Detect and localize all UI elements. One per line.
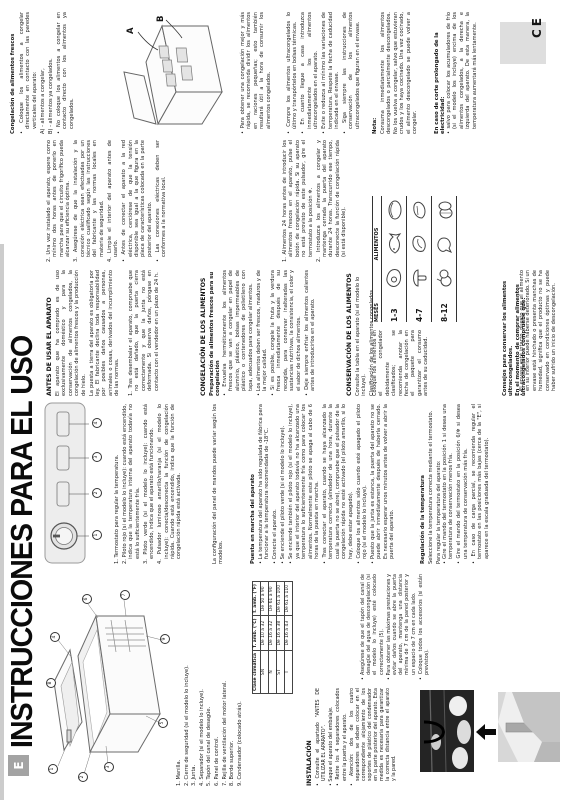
bullet-line: • Retire los 4 separadores colocados ent… xyxy=(336,688,348,786)
panel-legend-item: 3. Piloto verde (si el modelo lo incluye… xyxy=(143,404,156,564)
bullet-line: • Saque el aparato del embalaje. xyxy=(329,688,335,786)
bullet-line: • Consulte el apartado "ANTES DE UTILIZA… xyxy=(316,688,328,786)
page-title: INSTRUCCIONES PARA EL USO xyxy=(4,336,40,748)
frescos-after-diagram: • Para obtener una congelación mejor y m… xyxy=(240,12,274,134)
label-a: A xyxy=(126,27,136,34)
bullet-line: • Se enciende también el piloto rojo (si… xyxy=(288,404,320,564)
bullet-line: • Si es posible, congele la fruta y la v… xyxy=(270,270,302,396)
bullet-line: • No coloque los alimentos a congelar en… xyxy=(56,12,75,134)
months-table-row: 8-12 xyxy=(431,196,456,322)
bullet-line: A) - alimentos a congelar, xyxy=(40,12,46,134)
panel-legend-item: 1. Termostato para regular la temperatur… xyxy=(114,404,120,564)
numbered-item: • Las conexiones eléctricas deben ser co… xyxy=(155,140,168,262)
callout-number: 2 xyxy=(92,488,102,498)
callout-number: 1 xyxy=(92,530,102,540)
climate-cell: De 16 a 38 xyxy=(276,616,284,651)
climate-col-header: Clase climática xyxy=(253,650,261,693)
nota-text: Consuma inmediatamente los alimentos des… xyxy=(380,12,418,134)
bullet-line: • Envuelva herméticamente los alimentos … xyxy=(222,270,254,396)
bullet-line: B) - alimentos ya congelados. xyxy=(48,12,54,134)
climate-col-header: T. amb. (°F) xyxy=(253,582,261,616)
bullet-line: • Compre los alimentos ultracongelados l… xyxy=(286,12,299,134)
parts-list-item: 1. Manilla. xyxy=(176,588,182,786)
climate-cell: De 61 a 100 xyxy=(276,582,284,616)
paragraph: La puesta a tierra del aparato es obliga… xyxy=(89,270,121,396)
parts-diagram: 1 2 3 8 4 5 6 7 9 xyxy=(46,590,170,786)
antes-heading: ANTES DE USAR EL APARATO xyxy=(46,297,53,396)
bullet-line: • Atención: dos de los cuatro separadore… xyxy=(350,688,398,786)
nota-label: Nota: xyxy=(372,118,378,134)
numbered-item: 3. Asegúrese de que la instalación y la … xyxy=(73,140,105,262)
parts-list-item: 3. Junta. xyxy=(191,588,197,786)
conservacion-heading: CONSERVACIÓN DE LOS ALIMENTOS xyxy=(346,273,353,396)
climate-cell: De 16 a 43 xyxy=(284,616,292,651)
bullet-line: • Para obtener una congelación mejor y m… xyxy=(240,12,272,134)
regulacion-bullets: • Gire el mando del termostato en la pos… xyxy=(442,404,492,564)
parts-list-item: 4. Separador (si el modelo lo incluye). xyxy=(199,588,205,786)
congelacion-bullets: • Envuelva herméticamente los alimentos … xyxy=(222,270,318,396)
frescos-heading: Congelación de alimentos frescos xyxy=(10,34,16,134)
months-table-row: 1-3 xyxy=(381,196,406,322)
instalacion-bullets-right: • Asegúrese de que el tapón del canal de… xyxy=(360,574,431,680)
bullet-line: • Conecte el aparato. xyxy=(272,404,278,564)
fruit-icon xyxy=(434,267,454,289)
chest-freezer-parts-drawing xyxy=(46,590,170,786)
months-foods-table: MESES ALIMENTOS 1-3 4-7 8-12 xyxy=(372,196,457,322)
roast-icon xyxy=(384,199,404,221)
mushroom-icon xyxy=(409,267,429,289)
numbered-item: 4. Limpie el interior del aparato antes … xyxy=(107,140,120,262)
conservacion-side-text: Coloque los alimentos en el congelador d… xyxy=(372,330,430,396)
callout-number: 3 xyxy=(92,452,102,462)
panel-note: La configuración del panel de mandos pue… xyxy=(212,404,225,564)
climate-cell: N xyxy=(268,650,276,693)
climate-cell: De 61 a 110 xyxy=(284,582,292,616)
months-col-header: MESES xyxy=(374,292,380,322)
months-table-row: 4-7 xyxy=(406,196,431,322)
antes-paragraphs: El aparato que ha comprado es de uso exc… xyxy=(55,270,122,396)
bullet-line: • Los alimentos deben ser frescos, madur… xyxy=(256,270,269,396)
instalacion-heading: INSTALACIÓN xyxy=(306,740,313,786)
months-range: 8-12 xyxy=(440,292,449,322)
up-arrow-icon xyxy=(476,724,496,740)
climate-cell: ST xyxy=(276,650,284,693)
climate-cell: De 10 a 32 xyxy=(260,616,268,651)
fish-icon xyxy=(384,233,404,255)
congelacion-heading: CONGELACIÓN DE LOS ALIMENTOS xyxy=(200,278,207,396)
parts-list-item: 6. Panel de control. xyxy=(214,588,220,786)
corte-label: En caso de corte prolongado de la electr… xyxy=(434,12,447,134)
ab-freezer-diagram: A B xyxy=(122,12,234,132)
text-line: Consulte la tabla en el aparato (si el m… xyxy=(355,270,368,396)
climate-cell: T xyxy=(284,650,292,693)
text-line: Seleccione la temperatura correcta media… xyxy=(428,404,434,564)
callout-number: 1 xyxy=(48,764,58,774)
parts-list-item: 9. Condensador (colocado atrás). xyxy=(237,588,243,786)
callout-number: 5 xyxy=(158,718,168,728)
callout-number: 8 xyxy=(46,678,56,688)
bullet-line: • salvo para colocar los acumuladores de… xyxy=(446,12,478,134)
bullet-line: • En cuanto llegue a casa introduzca inm… xyxy=(300,12,319,134)
climate-cell: De 61 a 90 xyxy=(268,582,276,616)
numbered-item: 1. Alimentos 24 horas antes de introduci… xyxy=(282,140,314,262)
parts-list-item: 5. Tapón del canal de desagüe. xyxy=(206,588,212,786)
manual-landscape-page: E INSTRUCCIONES PARA EL USO CE xyxy=(0,0,564,800)
bullet-line: • Tras conectar el aparato, cuando se ha… xyxy=(322,404,354,564)
foods-col-header: ALIMENTOS xyxy=(374,196,380,292)
shellfish-icon xyxy=(409,233,429,255)
parts-list-item: 8. Borde superior. xyxy=(229,588,235,786)
bullet-line: • Deje siempre enfriar los alimentos cal… xyxy=(304,270,317,396)
frescos-bullets: • Coloque los alimentos a congelar direc… xyxy=(19,12,77,134)
numbered-warnings: 2. Una vez instalado el aparato, espere … xyxy=(46,140,169,262)
region-badge: E xyxy=(8,755,29,776)
climate-cell: De 50 a 90 xyxy=(260,582,268,616)
bullet-line: • Coloque los alimentos a congelar direc… xyxy=(19,12,38,134)
sausage-icon xyxy=(409,199,429,221)
poultry-icon xyxy=(434,233,454,255)
fast-freeze-steps: 1. Alimentos 24 horas antes de introduci… xyxy=(282,140,349,262)
bullet-line: • Gire el mando del termostato en la pos… xyxy=(456,404,469,564)
parts-list: 1. Manilla.2. Cierre de seguridad (si el… xyxy=(176,588,244,786)
bullet-line: • Evite o reduzca al mínimo las variacio… xyxy=(321,12,340,134)
climate-cell: De 16 a 32 xyxy=(268,616,276,651)
corte-bullet-wrap: • salvo para colocar los acumuladores de… xyxy=(446,12,480,134)
instalacion-bullets-left: • Consulte el apartado "ANTES DE UTILIZA… xyxy=(316,688,399,786)
compra-bullets: • Compre los alimentos ultracongelados l… xyxy=(286,12,363,134)
panel-legend-list: 1. Termostato para regular la temperatur… xyxy=(114,404,184,564)
callout-number: 4 xyxy=(50,632,60,642)
bullet-line: • Gire el mando del termostato en la pos… xyxy=(442,404,455,564)
bullet-line: • La temperatura del aparato ha sido reg… xyxy=(258,404,271,564)
bullet-line: • En caso de carga parcial, se recomiend… xyxy=(471,404,490,564)
bullet-line: • El envase esté intacto, puesto que el … xyxy=(519,270,557,396)
climate-cell: SN xyxy=(260,650,268,693)
regulacion-heading: Regulación de la temperatura xyxy=(420,475,426,564)
bullet-line: • Coloque todos los accesorios (si están… xyxy=(418,574,430,680)
parts-list-item: 2. Cierre de seguridad (si el modelo lo … xyxy=(184,588,190,786)
congelacion-subheading: Preparación de alimentos frescos para su… xyxy=(209,270,222,396)
numbered-item: 2. Una vez instalado el aparato, espere … xyxy=(46,140,72,262)
numbered-item: • Antes de conectar el aparato a la red … xyxy=(121,140,153,262)
bullet-line: • Para obtener las máximas prestaciones … xyxy=(386,574,417,680)
panel-legend-item: 4. Pulsador luminoso amarillo/naranja (s… xyxy=(157,404,183,564)
callout-number: 9 xyxy=(160,634,170,644)
ce-mark: CE xyxy=(530,15,544,38)
panel-legend-item: 2. Piloto rojo (si el modelo lo incluye)… xyxy=(122,404,141,564)
bullet-line: • Coloque los alimentos sólo cuando esté… xyxy=(356,404,369,564)
months-range: 1-3 xyxy=(390,292,399,322)
climate-class-table: Clase climática T. amb. (°C) T. amb. (°F… xyxy=(252,581,293,694)
parts-list-item: 7. Rejilla de ventilación del motor late… xyxy=(222,588,228,786)
bullet-line: • Puesto que la junta es estanca, la pue… xyxy=(370,404,396,564)
months-range: 4-7 xyxy=(415,292,424,322)
text-line: Consejos para conservar los alimentos ul… xyxy=(502,270,515,396)
callout-number: 2 xyxy=(78,772,88,782)
label-b: B xyxy=(156,16,166,22)
paragraph: El aparato que ha comprado es de uso exc… xyxy=(55,270,87,396)
spacer-corner-photo xyxy=(498,692,560,762)
bullet-line: • Se enciende el piloto verde (si el mod… xyxy=(280,404,286,564)
numbered-item: 1. Tras desembalar el aparato, compruebe… xyxy=(128,270,160,396)
numbered-item: 2. Introduzca los alimentos a congelar y… xyxy=(316,140,348,262)
bullet-line: • Siga siempre las instrucciones de cons… xyxy=(342,12,361,134)
callout-number: 3 xyxy=(104,762,114,772)
conservacion-bullets: • El envase esté intacto, puesto que el … xyxy=(519,270,559,396)
callout-number: 4 xyxy=(92,418,102,428)
callout-number: 7 xyxy=(120,590,130,600)
scanned-manual-page: E INSTRUCCIONES PARA EL USO CE xyxy=(0,0,564,800)
meat-icon xyxy=(384,267,404,289)
callout-number: 6 xyxy=(82,594,92,604)
vegetables-icon xyxy=(434,199,454,221)
puesta-bullets: • La temperatura del aparato ha sido reg… xyxy=(258,404,397,564)
months-table-header: MESES ALIMENTOS xyxy=(373,196,381,322)
climate-col-header: T. amb. (°C) xyxy=(253,616,261,651)
bullet-line: • Asegúrese de que el tapón del canal de… xyxy=(360,574,385,680)
control-panel-diagram: 1 2 3 4 xyxy=(44,402,108,564)
antes-items: 1. Tras desembalar el aparato, compruebe… xyxy=(128,270,162,396)
puesta-heading: Puesta en marcha del aparato xyxy=(250,474,256,564)
frozen-food-photo xyxy=(420,690,474,772)
